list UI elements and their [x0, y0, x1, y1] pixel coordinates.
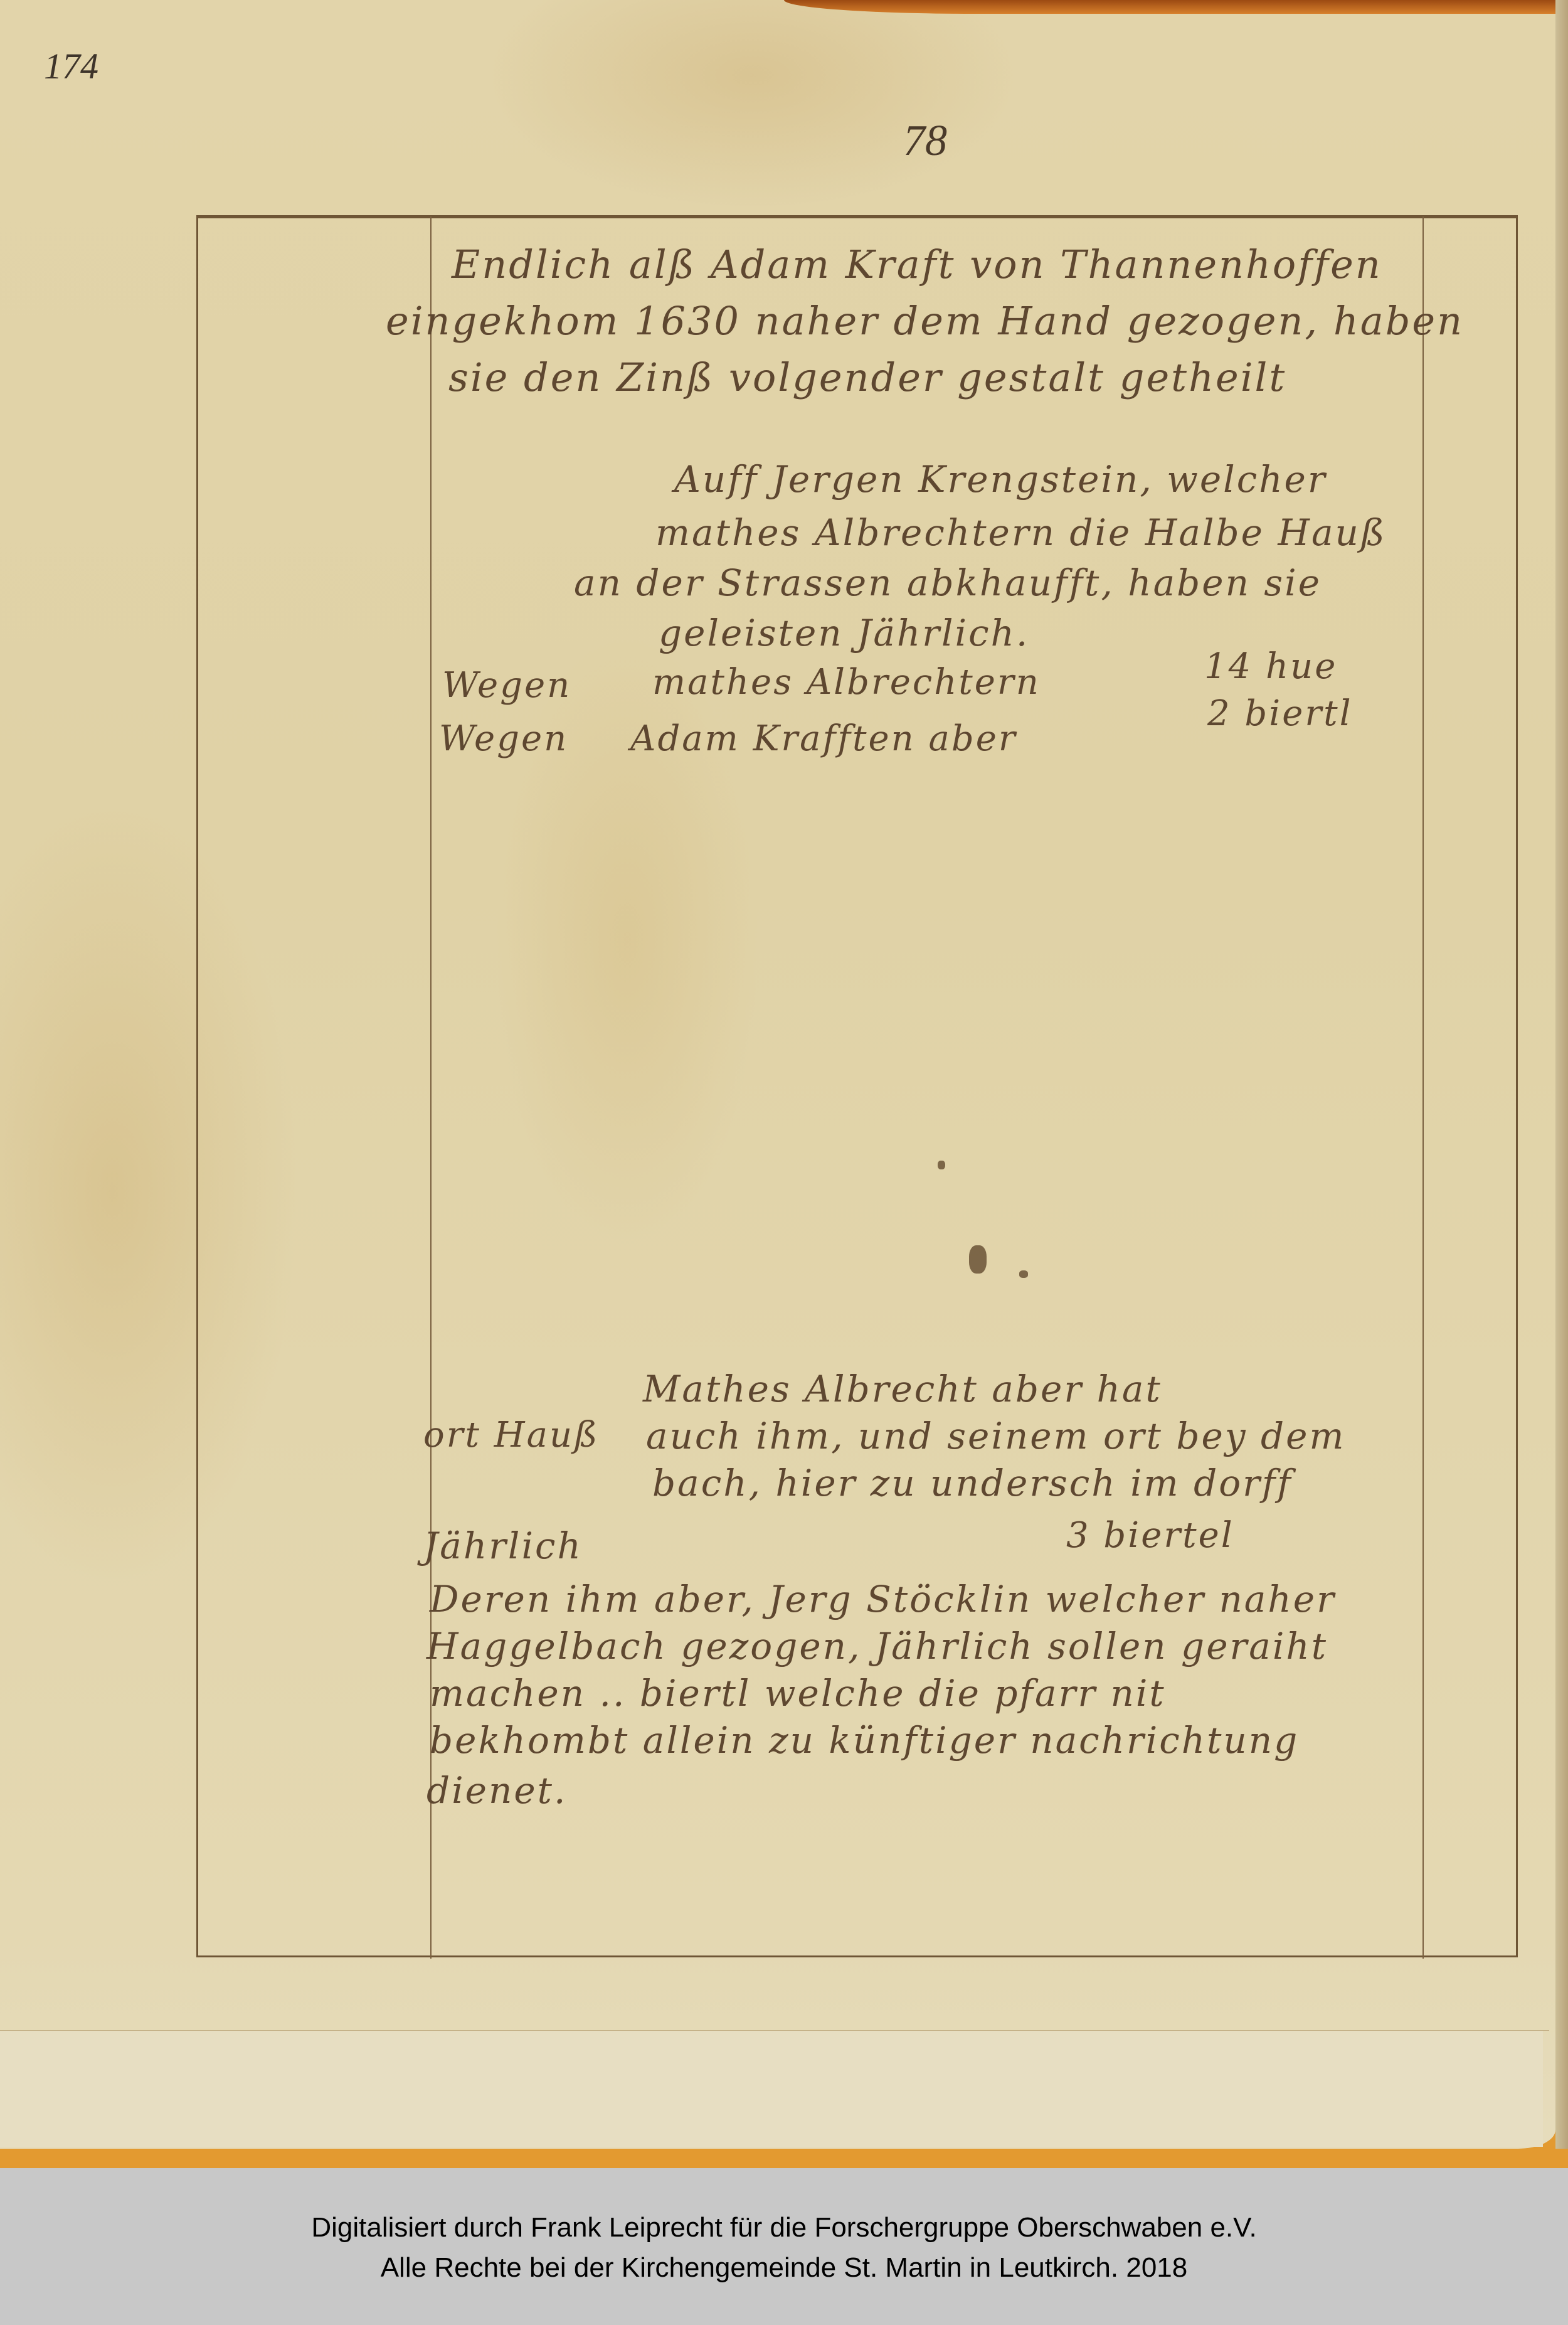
annual-amount: 3 biertel	[1066, 1515, 1234, 1556]
manuscript-line: Auff Jergen Krengstein, welcher	[674, 458, 1327, 501]
manuscript-line: dienet.	[426, 1769, 567, 1812]
ledger-label: Wegen	[442, 665, 571, 706]
manuscript-line: an der Strassen abkhaufft, haben sie	[574, 561, 1322, 604]
ledger-amount: 14 hue	[1204, 646, 1337, 687]
paper-lower-strip	[0, 2031, 1543, 2147]
manuscript-line: geleisten Jährlich.	[659, 612, 1029, 654]
ledger-name: Adam Krafften aber	[630, 718, 1017, 759]
manuscript-line: machen .. biertl welche die pfarr nit	[430, 1672, 1166, 1715]
manuscript-line: Mathes Albrecht aber hat	[643, 1368, 1162, 1410]
manuscript-line: Haggelbach gezogen, Jährlich sollen gera…	[426, 1625, 1328, 1668]
ink-blot	[969, 1245, 987, 1274]
scanned-page: 174 78 Endlich alß Adam Kraft von Thanne…	[0, 0, 1568, 2168]
ledger-name: mathes Albrechtern	[652, 662, 1041, 703]
ledger-amount: 2 biertl	[1207, 693, 1353, 734]
footer-rights-line: Alle Rechte bei der Kirchengemeinde St. …	[0, 2250, 1568, 2285]
book-spine-edge	[1555, 0, 1568, 2149]
folio-number: 174	[44, 45, 98, 87]
manuscript-line: bekhombt allein zu künftiger nachrichtun…	[430, 1719, 1299, 1762]
manuscript-line: bach, hier zu undersch im dorff	[652, 1462, 1293, 1504]
ink-blot	[938, 1161, 945, 1169]
page-top-edge	[784, 0, 1568, 14]
manuscript-line: eingekhom 1630 naher dem Hand gezogen, h…	[386, 298, 1464, 344]
ink-blot	[1019, 1270, 1028, 1278]
annual-label: Jährlich	[423, 1524, 583, 1567]
margin-note: ort Hauß	[423, 1415, 599, 1455]
page-number: 78	[903, 116, 947, 166]
manuscript-line: auch ihm, und seinem ort bey dem	[646, 1415, 1346, 1457]
manuscript-line: Endlich alß Adam Kraft von Thannenhoffen	[452, 242, 1382, 287]
footer-credit-line: Digitalisiert durch Frank Leiprecht für …	[0, 2210, 1568, 2245]
manuscript-line: mathes Albrechtern die Halbe Hauß	[655, 511, 1387, 554]
right-margin-rule	[1422, 216, 1424, 1959]
manuscript-line: Deren ihm aber, Jerg Stöcklin welcher na…	[430, 1578, 1336, 1620]
digitization-footer: Digitalisiert durch Frank Leiprecht für …	[0, 2168, 1568, 2325]
ledger-label: Wegen	[439, 718, 568, 759]
manuscript-line: sie den Zinß volgender gestalt getheilt	[448, 354, 1286, 400]
